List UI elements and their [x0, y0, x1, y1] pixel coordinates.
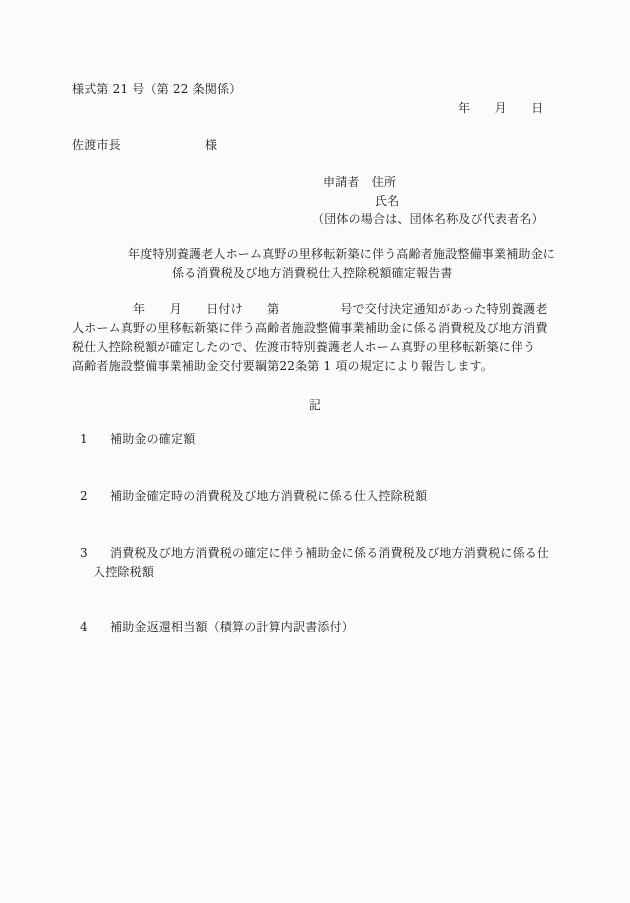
item-text-continued: 入控除税額 [93, 565, 154, 580]
document-title-line1: 年度特別養護老人ホーム真野の里移転新築に伴う高齢者施設整備事業補助金に [128, 247, 555, 262]
ki-section-label: 記 [72, 398, 558, 413]
applicant-address-label: 申請者 住所 [323, 175, 396, 190]
form-number: 様式第 21 号（第 22 条関係） [72, 82, 241, 97]
item-text: 消費税及び地方消費税の確定に伴う補助金に係る消費税及び地方消費税に係る仕 [110, 546, 549, 561]
document-title-line2: 係る消費税及び地方消費税仕入控除税額確定報告書 [172, 266, 453, 281]
item-text: 補助金確定時の消費税及び地方消費税に係る仕入控除税額 [110, 489, 427, 504]
item-number: 3 [80, 546, 88, 561]
item-text: 補助金返還相当額（積算の計算内訳書添付） [110, 620, 354, 635]
addressee-name: 佐渡市長 [72, 138, 121, 153]
item-number: 2 [80, 489, 88, 504]
item-number: 4 [80, 620, 88, 635]
body-paragraph-line4: 高齢者施設整備事業補助金交付要綱第22条第 1 項の規定により報告します。 [72, 359, 493, 374]
body-paragraph-line2: 人ホーム真野の里移転新築に伴う高齢者施設整備事業補助金に係る消費税及び地方消費 [72, 321, 548, 336]
body-paragraph-line1: 年 月 日付け 第 号で交付決定通知があった特別養護老 [72, 302, 548, 317]
document-page: 様式第 21 号（第 22 条関係） 年 月 日 佐渡市長 様 申請者 住所 氏… [0, 0, 630, 903]
date-blank-line: 年 月 日 [458, 101, 543, 116]
item-text: 補助金の確定額 [110, 432, 195, 447]
applicant-note: （団体の場合は、団体名称及び代表者名） [312, 212, 544, 227]
applicant-name-label: 氏名 [375, 194, 399, 209]
addressee-honorific: 様 [205, 138, 217, 153]
body-paragraph-line3: 税仕入控除税額が確定したので、佐渡市特別養護老人ホーム真野の里移転新築に伴う [72, 340, 535, 355]
item-number: 1 [80, 432, 88, 447]
